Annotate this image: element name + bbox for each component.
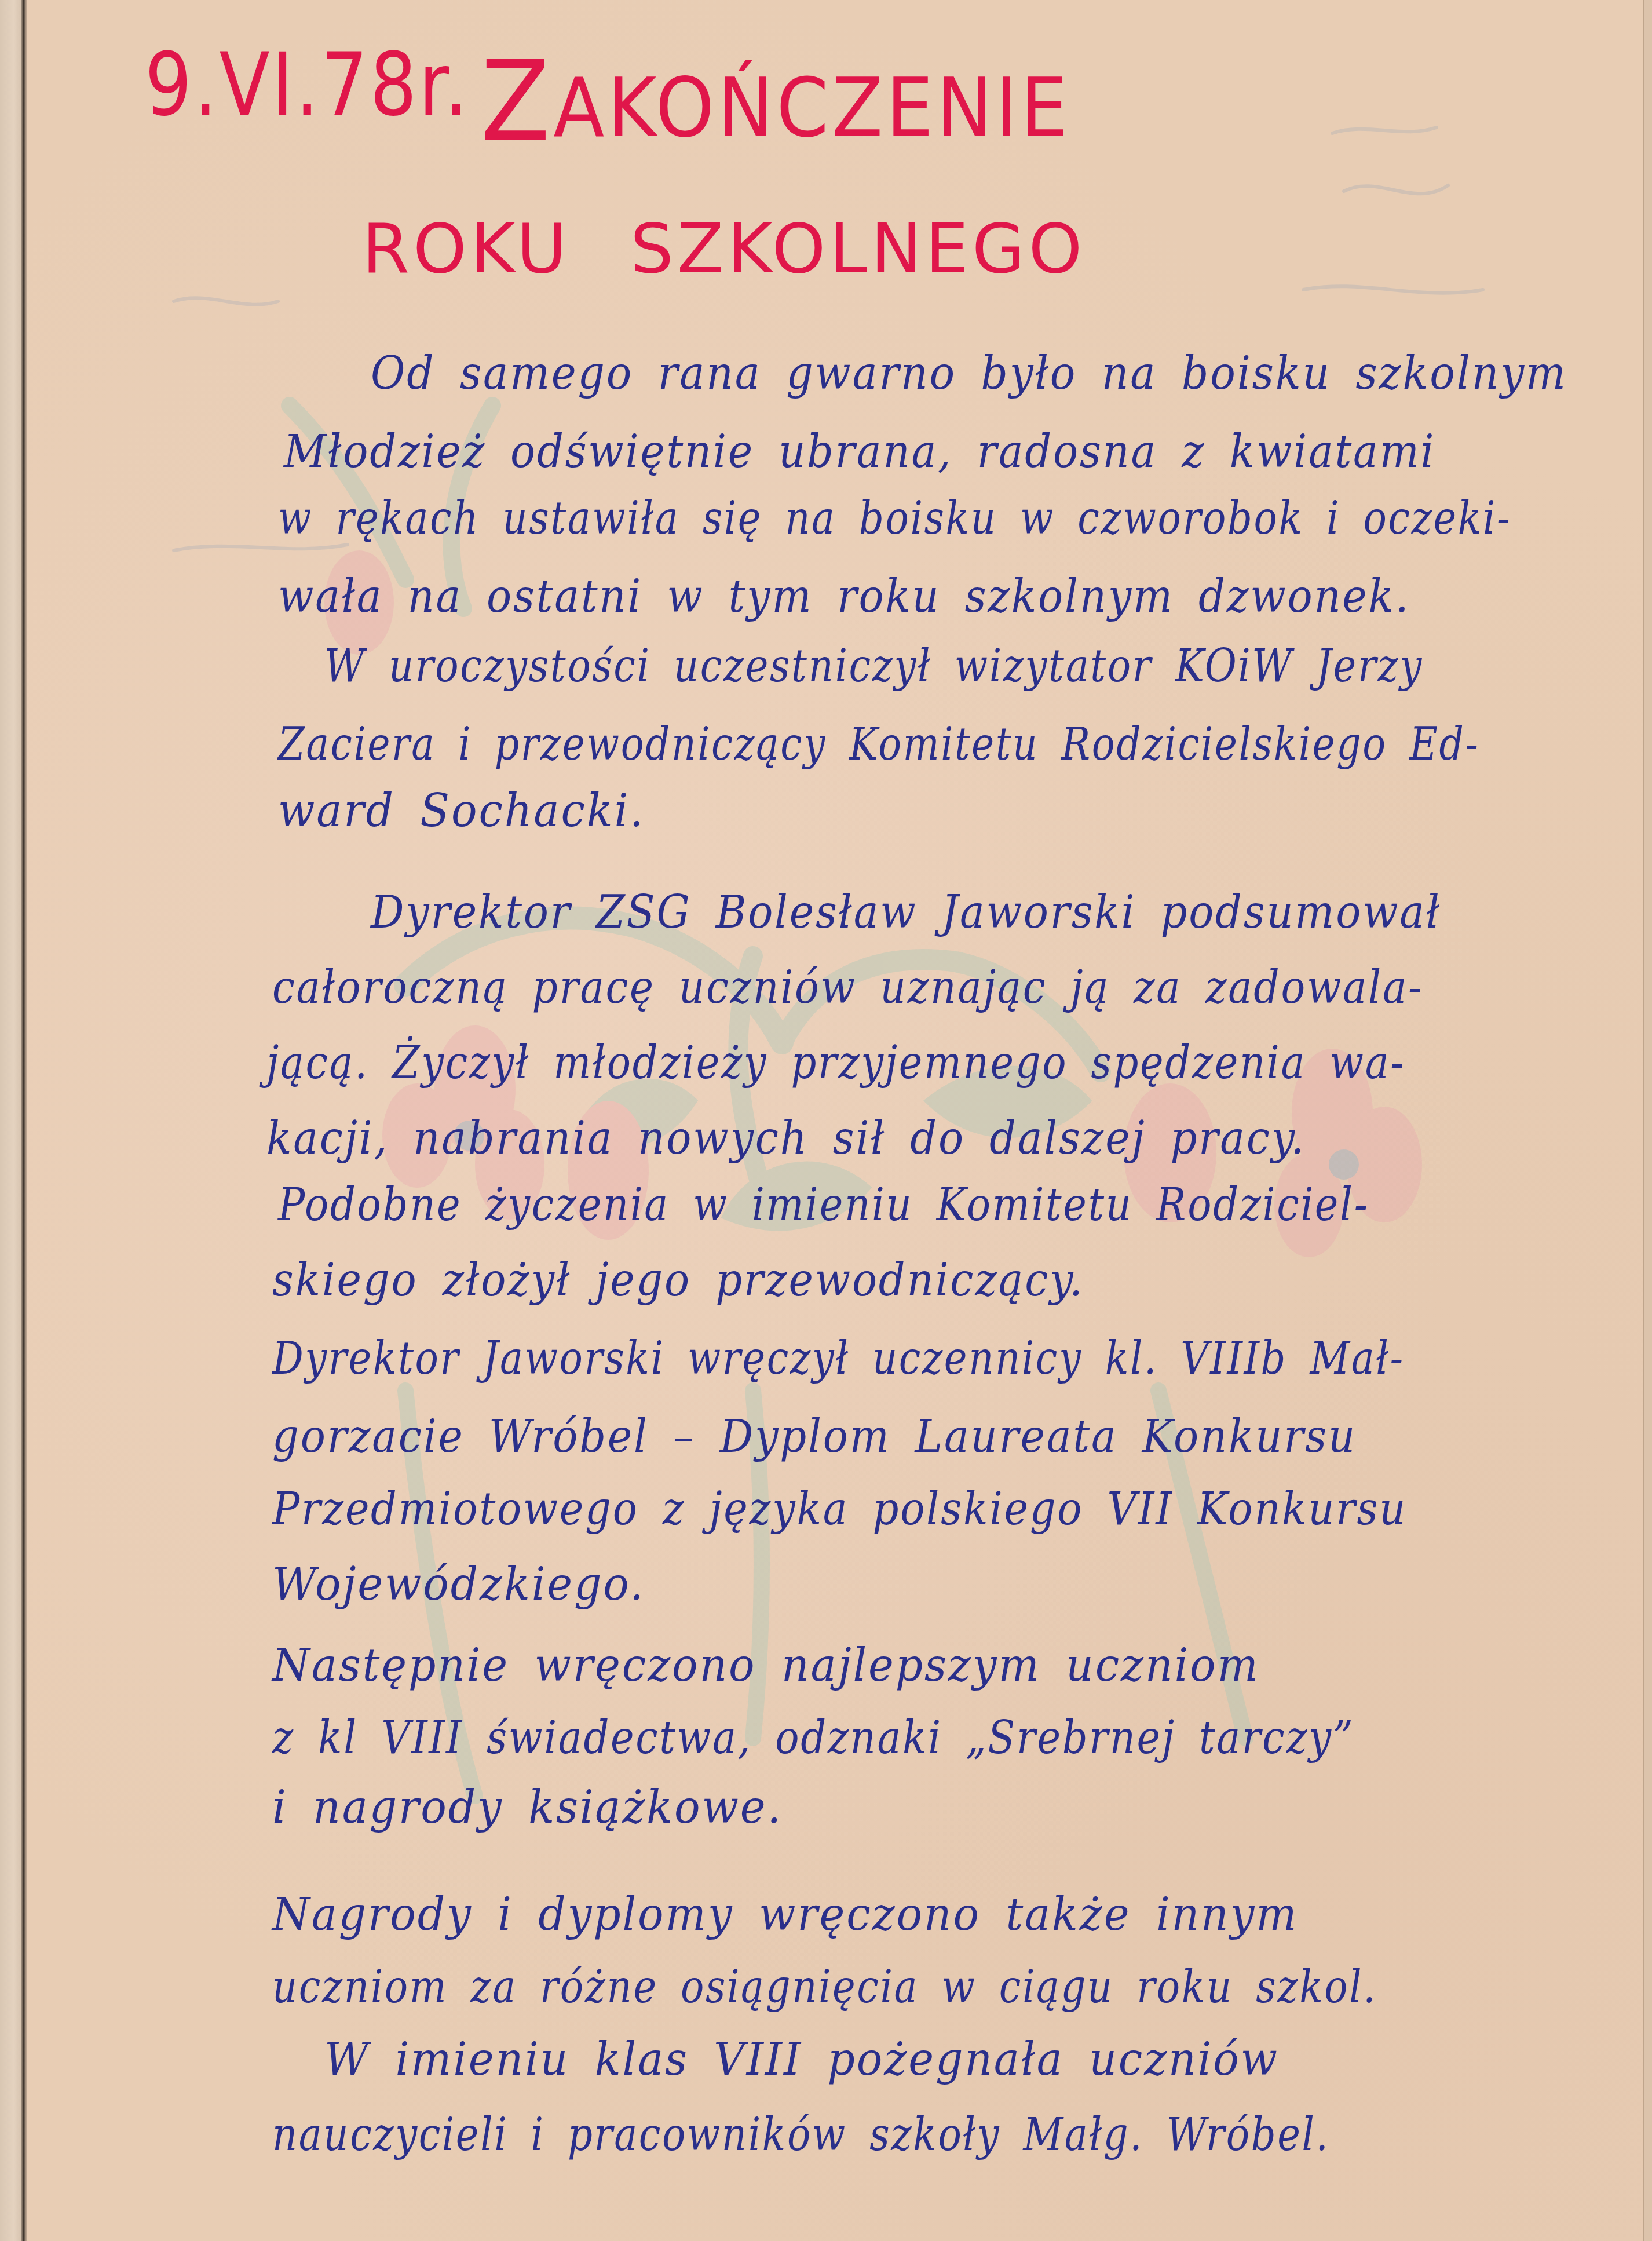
text-line: w rękach ustawiła się na boisku w czworo… xyxy=(278,492,1511,545)
text-line: Zaciera i przewodniczący Komitetu Rodzic… xyxy=(278,718,1480,771)
text-line: wała na ostatni w tym roku szkolnym dzwo… xyxy=(278,571,1410,623)
text-line: gorzacie Wróbel – Dyplom Laureata Konkur… xyxy=(272,1411,1357,1463)
text-line: Podobne życzenia w imieniu Komitetu Rodz… xyxy=(278,1179,1369,1231)
text-line: Młodzież odświętnie ubrana, radosna z kw… xyxy=(284,426,1435,478)
title-initial: Z xyxy=(481,38,553,166)
page-edge xyxy=(1643,0,1652,2241)
text-line: W imieniu klas VIII pożegnała uczniów xyxy=(324,2034,1279,2086)
text-line: i nagrody książkowe. xyxy=(272,1782,783,1834)
text-line: Dyrektor Jaworski wręczył uczennicy kl. … xyxy=(272,1333,1405,1385)
page-subtitle: ROKU SZKOLNEGO xyxy=(362,209,1086,289)
text-line: z kl VIII świadectwa, odznaki „Srebrnej … xyxy=(272,1712,1354,1764)
text-line: kacji, nabrania nowych sił do dalszej pr… xyxy=(266,1112,1306,1165)
text-line: Od samego rana gwarno było na boisku szk… xyxy=(371,348,1567,400)
text-line: Przedmiotowego z języka polskiego VII Ko… xyxy=(272,1483,1407,1535)
text-line: jącą. Życzył młodzieży przyjemnego spędz… xyxy=(266,1037,1405,1089)
text-line: W uroczystości uczestniczył wizytator KO… xyxy=(324,640,1423,692)
text-line: Następnie wręczono najlepszym uczniom xyxy=(272,1640,1260,1692)
text-line: całoroczną pracę uczniów uznając ją za z… xyxy=(272,962,1423,1014)
text-line: Nagrody i dyplomy wręczono także innym xyxy=(272,1889,1298,1941)
text-line-signature: nauczycieli i pracowników szkoły Małg. W… xyxy=(272,2109,1329,2161)
text-line: skiego złożył jego przewodniczący. xyxy=(272,1254,1084,1306)
page-title: ZAKOŃCZENIE xyxy=(481,38,1071,166)
text-line: uczniom za różne osiągnięcia w ciągu rok… xyxy=(272,1961,1377,2013)
text-line: ward Sochacki. xyxy=(278,785,645,837)
text-line: Dyrektor ZSG Bolesław Jaworski podsumowa… xyxy=(371,886,1441,939)
title-rest: AKOŃCZENIE xyxy=(553,61,1071,156)
binding-fold-line xyxy=(21,0,27,2241)
entry-date: 9.VI.78r. xyxy=(145,35,470,136)
text-line: Wojewódzkiego. xyxy=(272,1559,645,1611)
